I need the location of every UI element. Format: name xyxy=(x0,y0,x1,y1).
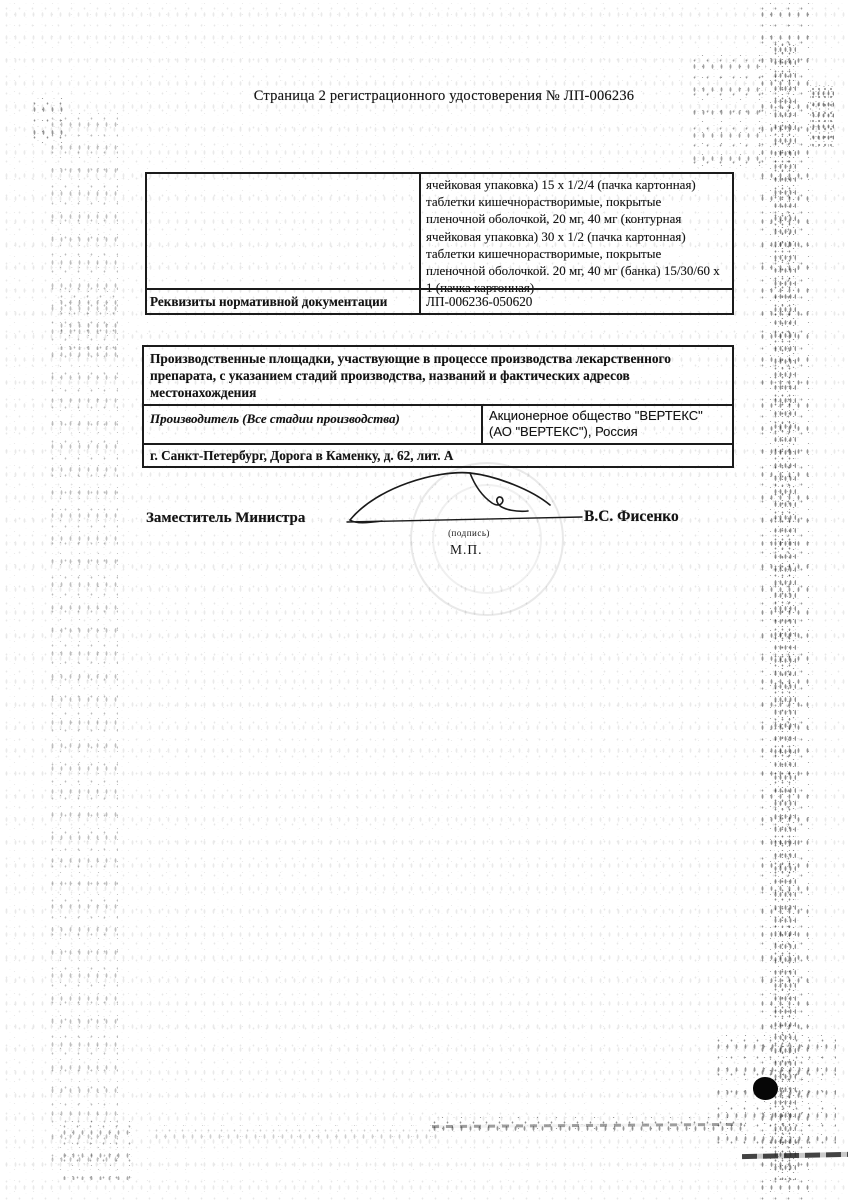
stamp-place-abbr: М.П. xyxy=(450,542,483,558)
production-table-header: Производственные площадки, участвующие в… xyxy=(144,347,732,404)
scan-noise-right-band xyxy=(756,0,810,1200)
signature-ink xyxy=(332,462,590,530)
requisites-label: Реквизиты нормативной документации xyxy=(147,288,419,313)
packaging-table-empty-cell xyxy=(147,174,419,288)
signer-name: В.С. Фисенко xyxy=(584,508,679,526)
scan-streak-bottom-line xyxy=(432,1123,742,1128)
production-sites-table: Производственные площадки, участвующие в… xyxy=(142,345,734,468)
scanned-document-page: Страница 2 регистрационного удостоверени… xyxy=(0,0,849,1200)
requisites-value: ЛП-006236-050620 xyxy=(419,288,732,313)
scan-noise-left-band xyxy=(46,110,118,1170)
scan-streak-bottom xyxy=(428,1114,746,1136)
packaging-continuation-text: ячейковая упаковка) 15 х 1/2/4 (пачка ка… xyxy=(419,174,732,288)
scan-noise-left-blob xyxy=(55,288,121,350)
signature-caption: (подпись) xyxy=(436,528,502,538)
scan-streak-bottom-right xyxy=(742,1152,848,1159)
page-header: Страница 2 регистрационного удостоверени… xyxy=(40,88,848,105)
black-punch-dot xyxy=(753,1077,778,1100)
manufacturer-label: Производитель (Все стадии производства) xyxy=(144,404,481,444)
scan-noise-right-band-core xyxy=(772,40,796,1180)
scan-noise-bottom-middle xyxy=(150,1122,440,1144)
scan-noise-top-right xyxy=(688,52,766,170)
signer-title: Заместитель Министра xyxy=(146,510,305,527)
manufacturer-value: Акционерное общество "ВЕРТЕКС" (АО "ВЕРТ… xyxy=(481,404,732,444)
packaging-table: ячейковая упаковка) 15 х 1/2/4 (пачка ка… xyxy=(145,172,734,315)
scan-noise-bottom-left xyxy=(58,1118,132,1180)
scan-noise-around-dot xyxy=(712,1032,836,1144)
